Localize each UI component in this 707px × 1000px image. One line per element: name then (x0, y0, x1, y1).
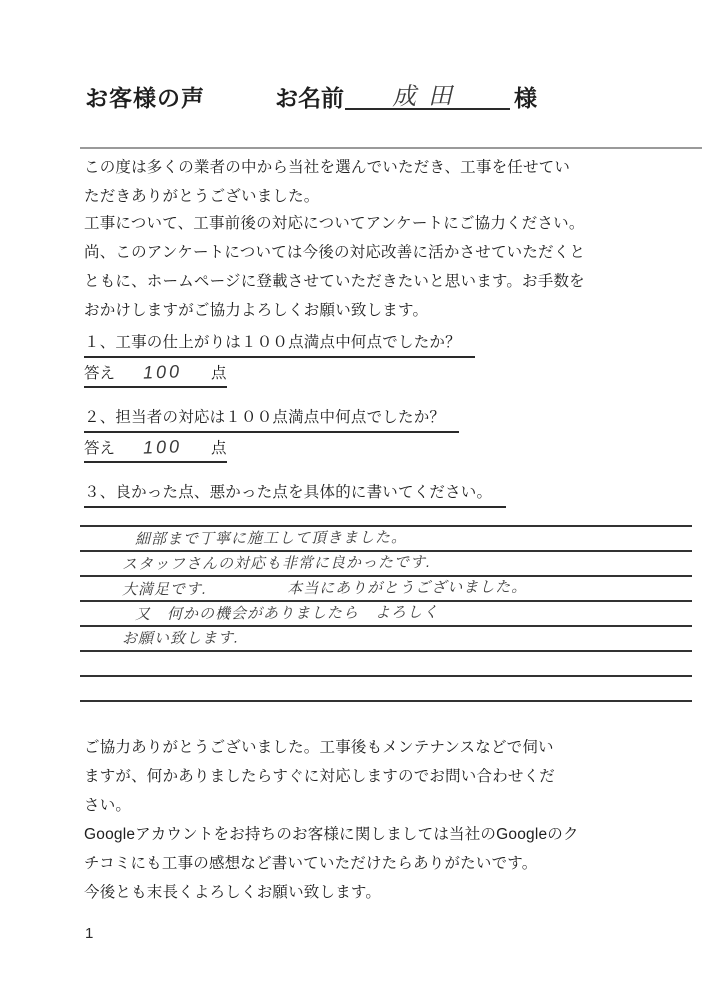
handwritten-comment-line: 又 何かの機会がありましたら よろしく (135, 601, 439, 627)
scanned-survey-page: お客様の声 お名前 成田 様 この度は多くの業者の中から当社を選んでいただき、工… (0, 0, 707, 1000)
answer-label: 答え (84, 365, 115, 382)
answer-blank: 100 (115, 362, 211, 383)
question-1-answer: 答え100点 (84, 361, 227, 388)
intro-line: 尚、このアンケートについては今後の対応改善に活かさせていただくと (84, 238, 585, 267)
answer-unit: 点 (211, 440, 227, 457)
closing-line: さい。 (84, 791, 579, 820)
handwritten-comment-line: お願い致します. (122, 627, 239, 652)
comment-ruled-area: 細部まで丁寧に施工して頂きました。 スタッフさんの対応も非常に良かったです. 大… (80, 525, 692, 702)
closing-line: ご協力ありがとうございました。工事後もメンテナンスなどで伺い (84, 733, 579, 762)
closing-line: ますが、何かありましたらすぐに対応しますのでお問い合わせくだ (84, 762, 579, 791)
handwritten-comment-line: 細部まで丁寧に施工して頂きました。 (135, 526, 407, 552)
question-1: １、工事の仕上がりは１００点満点中何点でしたか？ (84, 330, 475, 358)
intro-paragraph-2: 工事について、工事前後の対応についてアンケートにご協力ください。 尚、このアンケ… (84, 209, 585, 325)
page-number: 1 (85, 925, 93, 942)
question-3-heading: ３、良かった点、悪かった点を具体的に書いてください。 (84, 480, 506, 508)
closing-line: チコミにも工事の感想など書いていただけたらありがたいです。 (84, 849, 579, 878)
comment-row: 大満足です. 本当にありがとうございました。 (80, 577, 692, 602)
intro-line: この度は多くの業者の中から当社を選んでいただき、工事を任せてい (84, 153, 570, 182)
intro-line: ともに、ホームページに登載させていただきたいと思います。お手数を (84, 267, 585, 296)
handwritten-comment-line: 大満足です. 本当にありがとうございました。 (122, 576, 527, 603)
handwritten-name: 成田 (391, 75, 464, 111)
question-1-heading: １、工事の仕上がりは１００点満点中何点でしたか？ (84, 330, 475, 358)
intro-line: おかけしますがご協力よろしくお願い致します。 (84, 296, 585, 325)
closing-line: 今後とも末長くよろしくお願い致します。 (84, 878, 579, 907)
answer-blank: 100 (115, 437, 211, 458)
comment-row: お願い致します. (80, 627, 692, 652)
intro-paragraph-1: この度は多くの業者の中から当社を選んでいただき、工事を任せてい ただきありがとう… (84, 153, 570, 211)
intro-line: ただきありがとうございました。 (84, 182, 570, 211)
question-2-answer: 答え100点 (84, 436, 227, 463)
question-2-heading: ２、担当者の対応は１００点満点中何点でしたか？ (84, 405, 459, 433)
question-3: ３、良かった点、悪かった点を具体的に書いてください。 (84, 480, 506, 508)
intro-line: 工事について、工事前後の対応についてアンケートにご協力ください。 (84, 209, 585, 238)
header-divider (80, 147, 702, 149)
name-field-label: お名前 (275, 80, 344, 113)
comment-row (80, 677, 692, 702)
answer-label: 答え (84, 440, 115, 457)
name-field-blank: 成田 (345, 76, 510, 110)
comment-row: 又 何かの機会がありましたら よろしく (80, 602, 692, 627)
comment-row: スタッフさんの対応も非常に良かったです. (80, 552, 692, 577)
question-2: ２、担当者の対応は１００点満点中何点でしたか？ (84, 405, 459, 433)
handwritten-score-2: 100 (143, 436, 183, 458)
comment-row: 細部まで丁寧に施工して頂きました。 (80, 527, 692, 552)
closing-paragraph: ご協力ありがとうございました。工事後もメンテナンスなどで伺い ますが、何かありま… (84, 733, 579, 907)
handwritten-score-1: 100 (143, 361, 183, 383)
page-title: お客様の声 (85, 80, 205, 113)
comment-row (80, 652, 692, 677)
handwritten-comment-line: スタッフさんの対応も非常に良かったです. (122, 551, 431, 577)
answer-unit: 点 (211, 365, 227, 382)
closing-line: Googleアカウントをお持ちのお客様に関しましては当社のGoogleのク (84, 820, 579, 849)
honorific-label: 様 (514, 80, 537, 113)
